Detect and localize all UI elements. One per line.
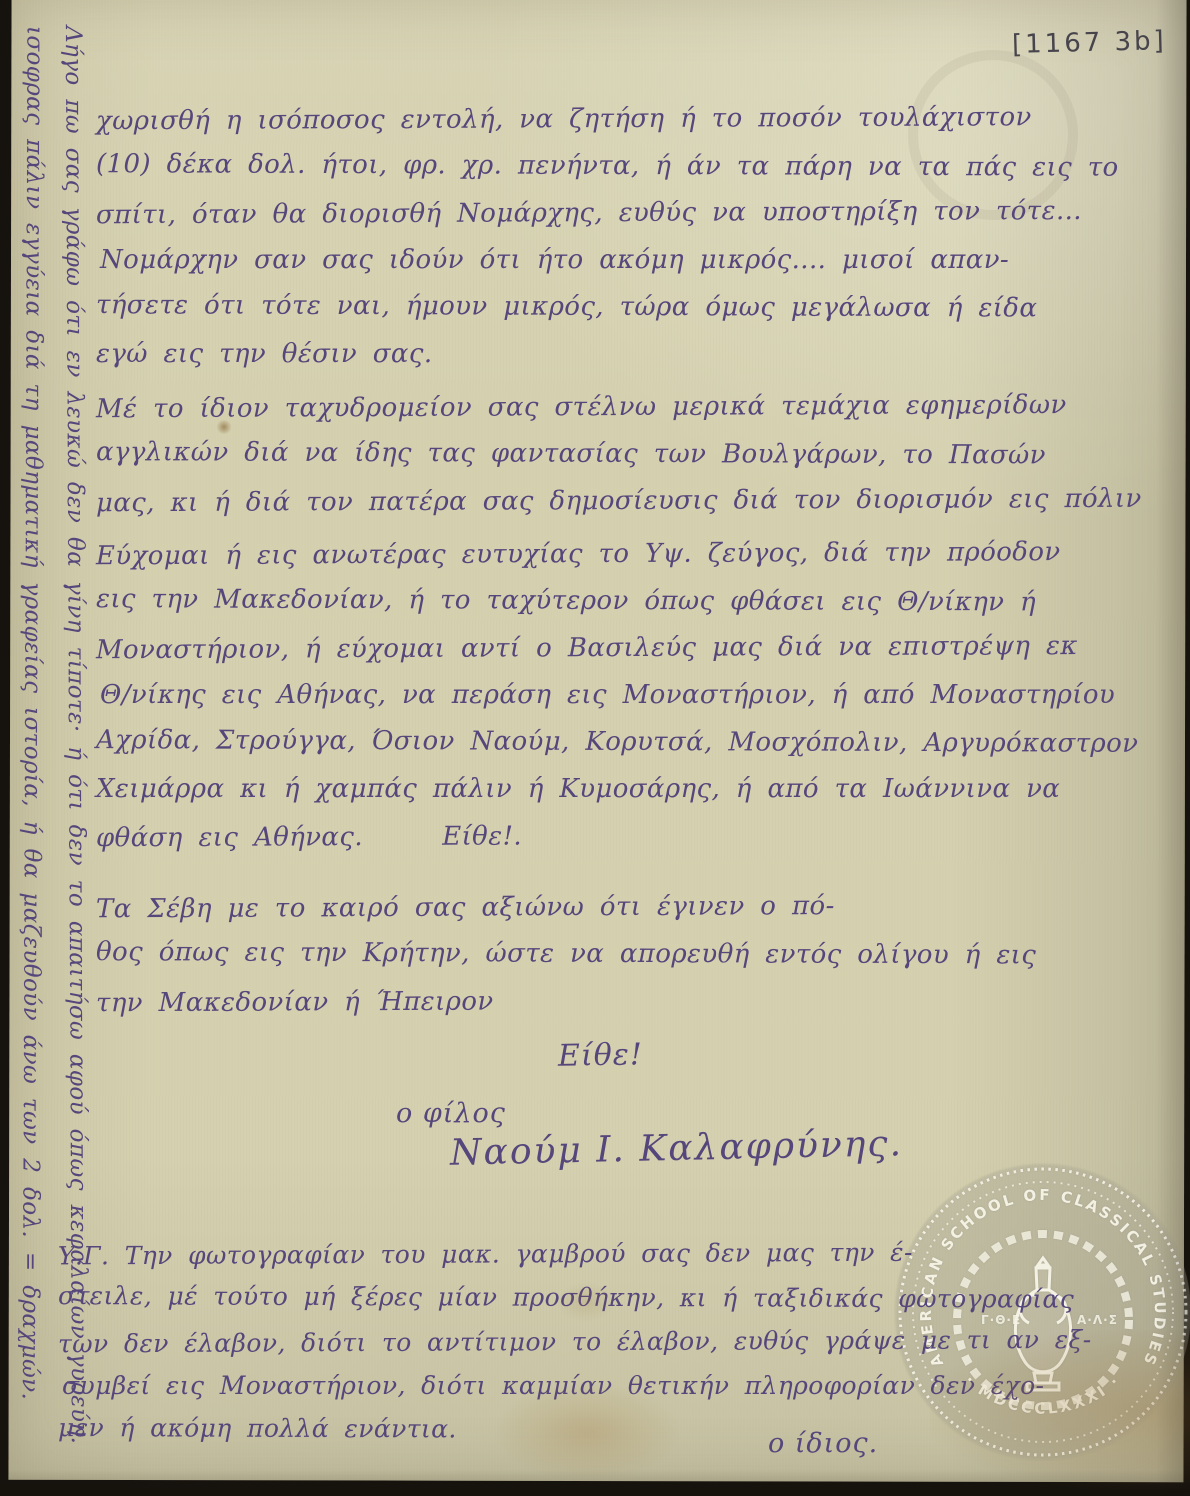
- handwriting-line: αγγλικών διά να ίδης τας φαντασίας των Β…: [96, 429, 1154, 480]
- margin-note-line: Λήγο πω σας γράφω ότι εν λευκώ δεν θα γί…: [51, 26, 101, 1466]
- handwriting-line: εγώ εις την θέσιν σας.: [96, 331, 1154, 378]
- handwriting-line: Θ/νίκης εις Αθήνας, να περάση εις Μοναστ…: [100, 672, 1158, 719]
- postscript-signoff: ο ίδιος.: [768, 1428, 878, 1459]
- margin-note-line: ισοφρας πάλιν εγγύεια διά τη μαθηματική …: [7, 26, 56, 1466]
- handwriting-line: σπίτι, όταν θα διορισθή Νομάρχης, ευθύς …: [96, 188, 1154, 240]
- postscript: Υ.Γ. Την φωτογραφίαν του μακ. γαμβρού σα…: [58, 1232, 1164, 1452]
- handwriting-line: (10) δέκα δολ. ήτοι, φρ. χρ. πενήντα, ή …: [96, 141, 1154, 192]
- paragraph-4: Τα Σέβη με το καιρό σας αξιώνω ότι έγινε…: [96, 884, 1154, 1025]
- margin-note: Λήγο πω σας γράφω ότι εν λευκώ δεν θα γί…: [10, 26, 98, 1466]
- handwriting-line: τήσετε ότι τότε ναι, ήμουν μικρός, τώρα …: [96, 282, 1154, 333]
- postscript-line: των δεν έλαβον, διότι το αντίτιμον το έλ…: [58, 1318, 1164, 1367]
- letter-body: χωρισθή η ισόποσος εντολή, να ζητήση ή τ…: [96, 96, 1154, 1031]
- closing-from-label: ο φίλος: [396, 1098, 506, 1129]
- scanned-letter-page: { "letter": { "catalog_mark": "[1167 3b]…: [0, 0, 1190, 1496]
- postscript-line: μεν ή ακόμη πολλά ενάντια.: [58, 1406, 1164, 1454]
- handwriting-line: Τα Σέβη με το καιρό σας αξιώνω ότι έγινε…: [96, 882, 1154, 934]
- handwriting-line: Χειμάρρα κι ή χαμπάς πάλιν ή Κυμοσάρης, …: [96, 766, 1154, 813]
- handwriting-line: μας, κι ή διά τον πατέρα σας δημοσίευσις…: [96, 476, 1154, 528]
- handwriting-line: την Μακεδονίαν ή Ήπειρον: [96, 976, 1154, 1028]
- handwriting-line: φθάση εις Αθήνας. Είθε!.: [96, 811, 1154, 863]
- paragraph-3: Εύχομαι ή εις ανωτέρας ευτυχίας το Υψ. ζ…: [96, 531, 1154, 860]
- handwriting-line: θος όπως εις την Κρήτην, ώστε να απορευθ…: [96, 929, 1154, 980]
- postscript-line: Υ.Γ. Την φωτογραφίαν του μακ. γαμβρού σα…: [58, 1230, 1164, 1279]
- handwriting-line: Εύχομαι ή εις ανωτέρας ευτυχίας το Υψ. ζ…: [96, 529, 1154, 581]
- handwriting-line: εις την Μακεδονίαν, ή το ταχύτερον όπως …: [96, 576, 1154, 627]
- paragraph-2: Μέ το ίδιον ταχυδρομείον σας στέλνω μερι…: [96, 384, 1154, 525]
- postscript-line: στειλε, μέ τούτο μή ξέρες μίαν προσθήκην…: [58, 1274, 1164, 1322]
- postscript-line: συμβεί εις Μοναστήριον, διότι καμμίαν θε…: [62, 1364, 1168, 1408]
- paragraph-1: χωρισθή η ισόποσος εντολή, να ζητήση ή τ…: [96, 96, 1154, 378]
- catalog-mark: [1167 3b]: [1012, 26, 1167, 60]
- closing-wish: Είθε!: [558, 1037, 643, 1073]
- handwriting-line: Μοναστήριον, ή εύχομαι αντί ο Βασιλεύς μ…: [96, 623, 1154, 675]
- handwriting-line: Νομάρχην σαν σας ιδούν ότι ήτο ακόμη μικ…: [100, 237, 1158, 284]
- handwriting-line: Μέ το ίδιον ταχυδρομείον σας στέλνω μερι…: [96, 382, 1154, 434]
- handwriting-line: Αχρίδα, Στρούγγα, Όσιον Ναούμ, Κορυτσά, …: [96, 717, 1154, 768]
- handwriting-line: χωρισθή η ισόποσος εντολή, να ζητήση ή τ…: [96, 94, 1154, 146]
